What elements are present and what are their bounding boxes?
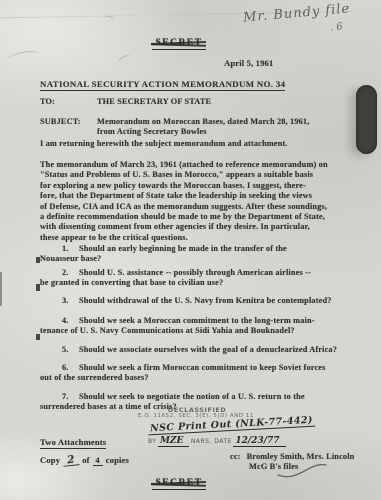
para2-line: of Defense, CIA and ICA as the memorandu…: [40, 202, 362, 212]
question-number: 4.: [62, 316, 79, 326]
question-5: 5.Should we associate ourselves with the…: [40, 345, 362, 355]
subject-line-1: Memorandum on Moroccan Bases, dated Marc…: [97, 117, 309, 127]
question-4: 4.Should we seek a Moroccan commitment t…: [40, 316, 362, 337]
scan-artifact-blob: [356, 85, 377, 154]
question-cont: out of the surrendered bases?: [40, 373, 362, 383]
scan-edge-smudge: [0, 272, 2, 306]
cc-label: cc:: [230, 452, 241, 462]
to-label: TO:: [40, 97, 55, 107]
para2-line: "Status and Problems of U. S. Bases in M…: [40, 170, 362, 180]
to-value: THE SECRETARY OF STATE: [97, 97, 211, 107]
of-label: of: [82, 455, 89, 465]
question-number: 2.: [62, 268, 79, 278]
scan-artifact-mark: [36, 334, 40, 340]
question-text: Should U. S. assistance -- possibly thro…: [79, 268, 311, 277]
para2-line: with dissenting comment from other agenc…: [40, 222, 362, 232]
pencil-scribble: [5, 49, 41, 67]
question-cont: be granted in converting that base to ci…: [40, 278, 362, 288]
para2-line: a definite recommendation should be made…: [40, 212, 362, 222]
question-number: 3.: [62, 296, 79, 306]
question-number: 1.: [62, 244, 79, 254]
question-6: 6.Should we seek a firm Moroccan commitm…: [40, 363, 362, 384]
by-value-handwritten: MZE: [158, 436, 189, 447]
memo-page: Mr. Bundy file . 6 SECRET April 5, 1961 …: [0, 0, 381, 500]
question-text: Should we associate ourselves with the g…: [79, 345, 337, 354]
attachments-note: Two Attachments: [40, 437, 106, 449]
cc-recipients-line1: Bromley Smith, Mrs. Lincoln: [247, 452, 355, 462]
copy-total: 4: [93, 455, 103, 466]
question-text: Should an early beginning be made in the…: [79, 244, 287, 253]
subject-value: Memorandum on Moroccan Bases, dated Marc…: [97, 117, 309, 138]
subject-label: SUBJECT:: [40, 117, 81, 127]
copies-label: copies: [106, 455, 129, 465]
by-label: BY: [148, 438, 156, 445]
question-number: 6.: [62, 363, 79, 373]
question-cont: Nouasseur base?: [40, 254, 362, 264]
para2-line: for exploring a new policy towards the M…: [40, 181, 362, 191]
classification-stamp-bottom: SECRET: [0, 472, 358, 490]
declass-by-line: BY MZE NARS, DATE 12/23/77: [148, 436, 286, 446]
question-cont: tenance of U. S. Navy Communications at …: [40, 326, 362, 336]
question-number: 7.: [62, 392, 79, 402]
para2-line: these appear to be the critical question…: [40, 233, 362, 243]
memo-title: NATIONAL SECURITY ACTION MEMORANDUM NO. …: [40, 79, 285, 91]
secret-text-top: SECRET: [152, 38, 205, 50]
nars-date-label: NARS, DATE: [191, 438, 232, 445]
copy-label: Copy: [40, 455, 60, 465]
para2-line: fore, that the Department of State take …: [40, 191, 362, 201]
question-2: 2.Should U. S. assistance -- possibly th…: [40, 268, 362, 289]
para2-line: The memorandum of March 23, 1961 (attach…: [40, 160, 362, 170]
cc-block: cc: Bromley Smith, Mrs. Lincoln McG B's …: [230, 452, 354, 473]
memo-date: April 5, 1961: [224, 58, 273, 68]
question-number: 5.: [62, 345, 79, 355]
question-3: 3.Should withdrawal of the U. S. Navy fr…: [40, 296, 362, 306]
pencil-scribble: [117, 53, 134, 68]
question-text: Should we seek a firm Moroccan commitmen…: [79, 363, 325, 372]
scan-artifact-mark: [36, 284, 40, 291]
question-text: Should we seek a Moroccan commitment to …: [79, 316, 315, 325]
declass-date-handwritten: 12/23/77: [233, 436, 285, 447]
secret-text-bottom: SECRET: [152, 478, 205, 490]
question-1: 1.Should an early beginning be made in t…: [40, 244, 362, 265]
subject-line-2: from Acting Secretary Bowles: [97, 127, 309, 137]
question-text: Should we seek to negotiate the notion o…: [79, 392, 305, 401]
classification-stamp-top: SECRET: [0, 32, 358, 50]
paragraph-2: The memorandum of March 23, 1961 (attach…: [40, 160, 362, 243]
paragraph-1: I am returning herewith the subject memo…: [40, 139, 362, 149]
question-text: Should withdrawal of the U. S. Navy from…: [79, 296, 332, 305]
scan-artifact-mark: [36, 257, 40, 263]
copy-number-handwritten: 2: [63, 454, 80, 467]
copy-count-line: Copy2of4copies: [40, 455, 129, 466]
